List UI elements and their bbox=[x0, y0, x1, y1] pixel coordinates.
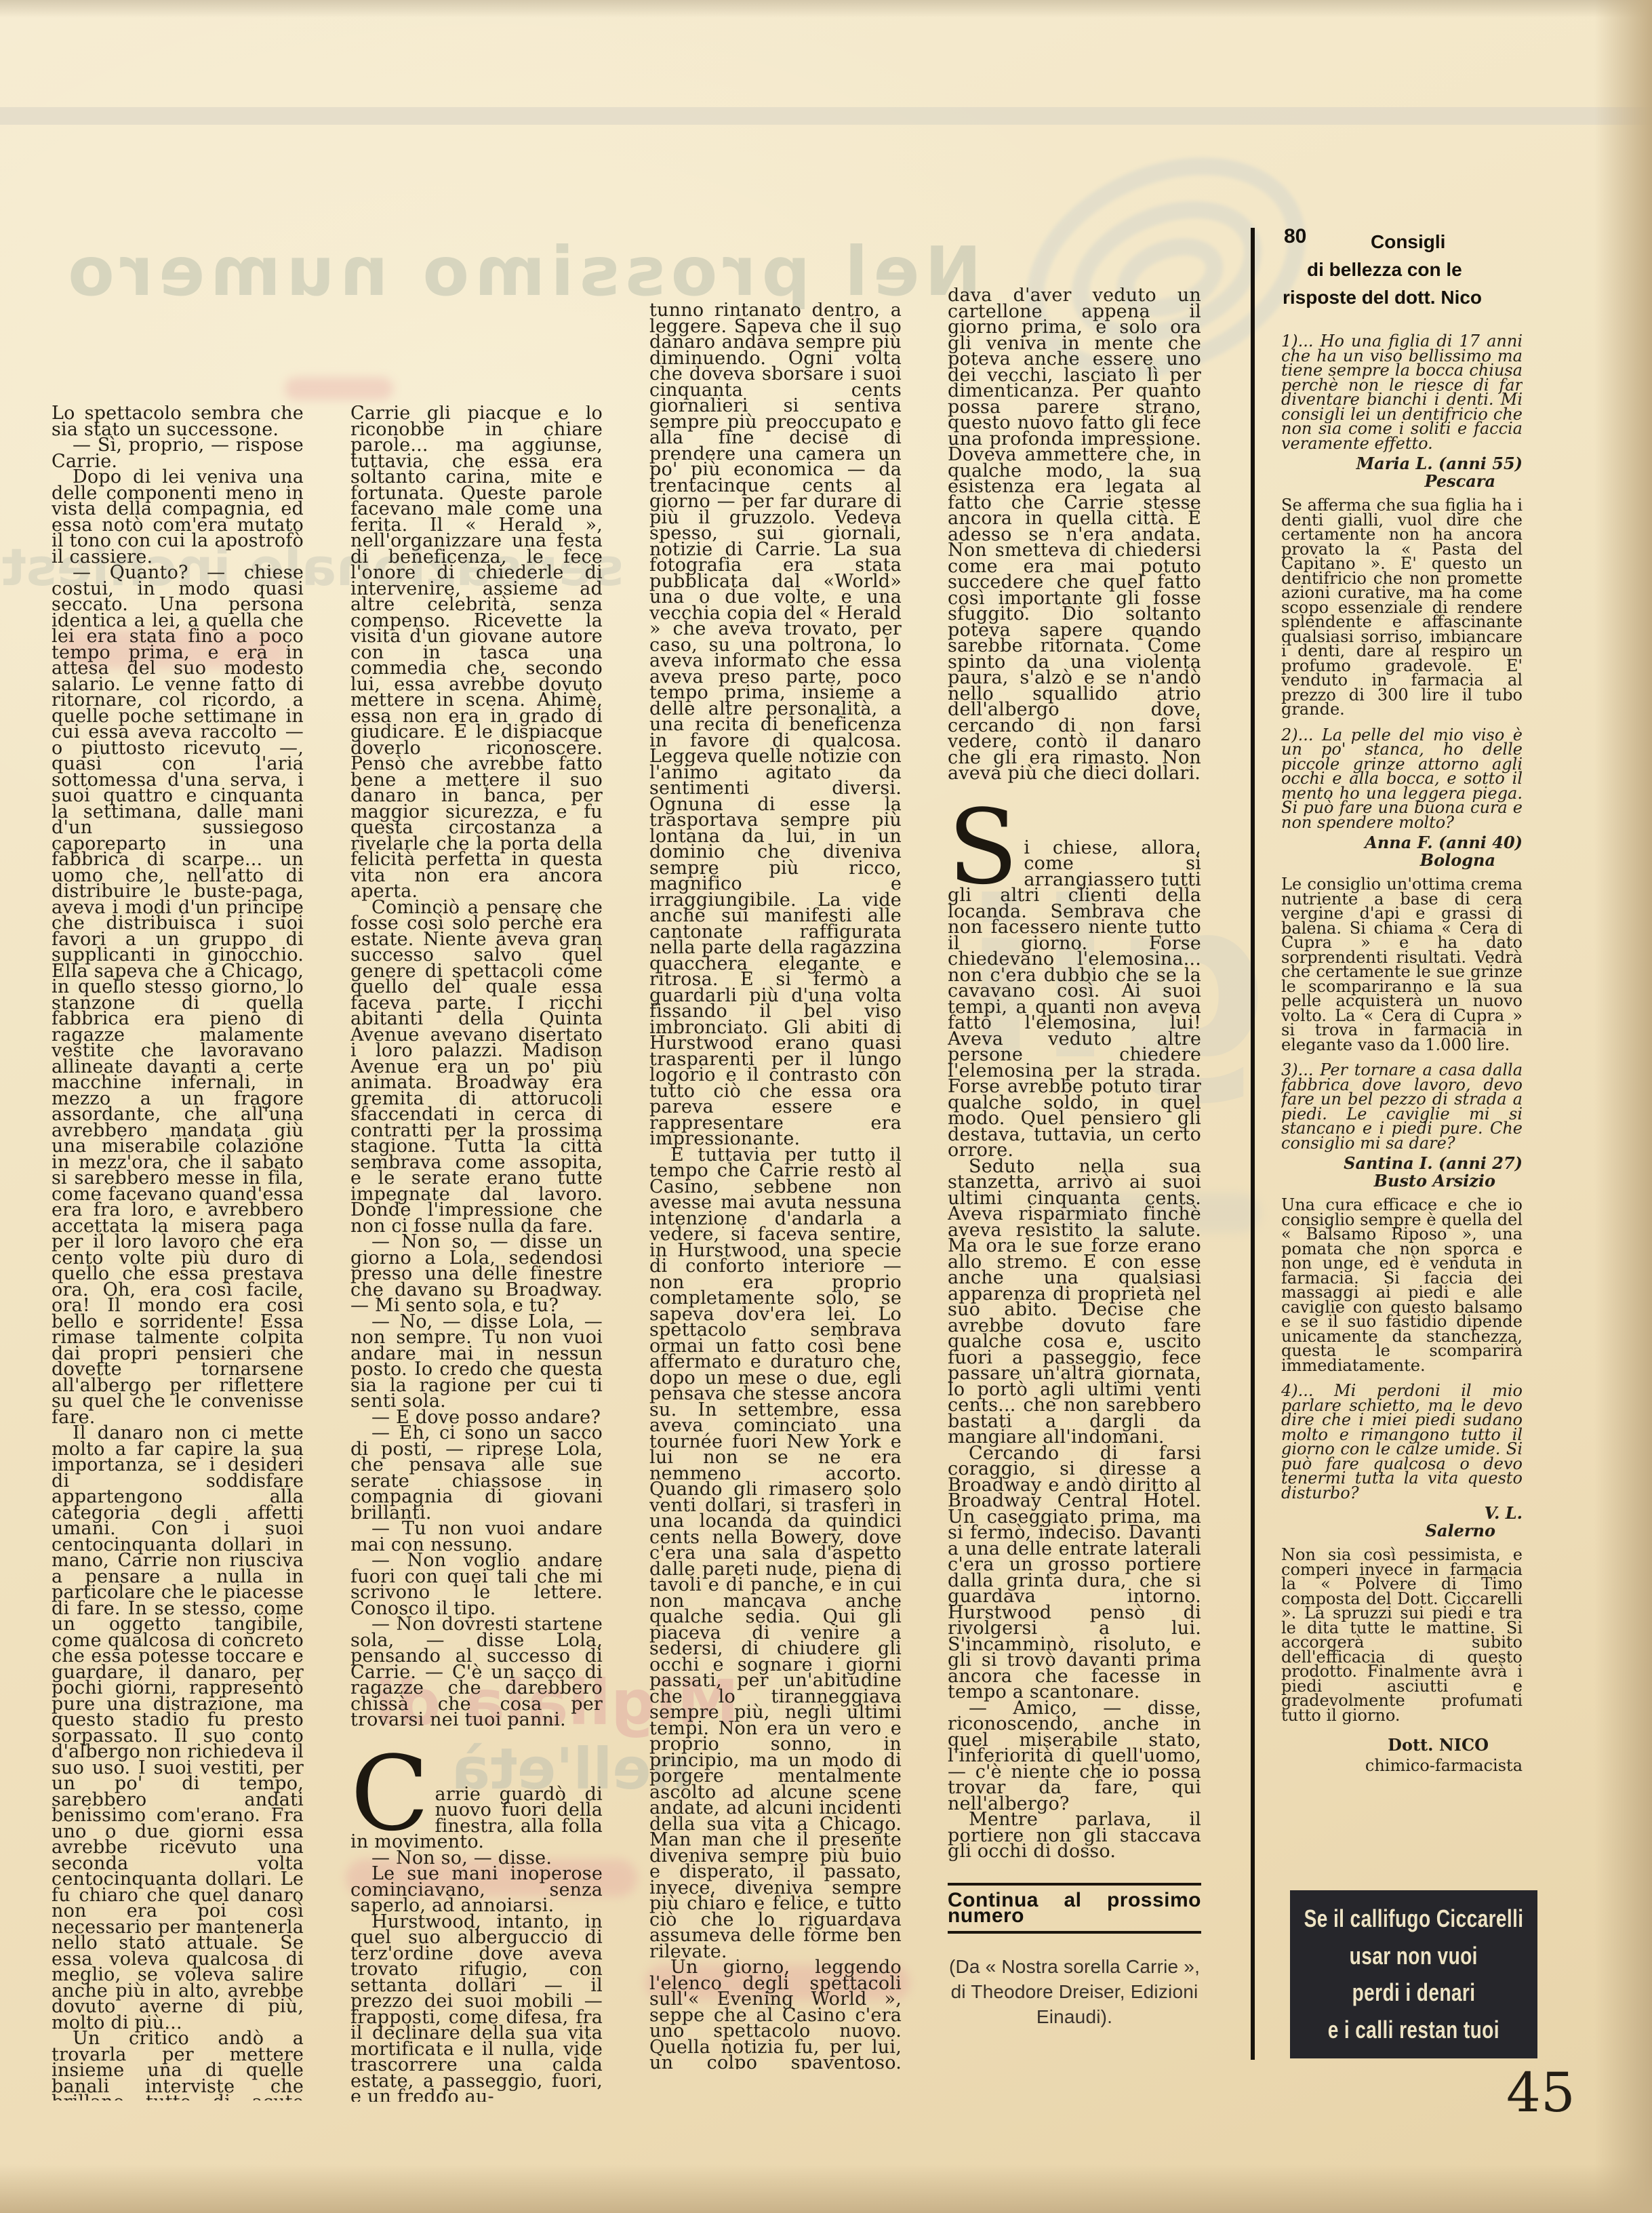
novel-paragraph: Le sue mani inoperose cominciavano, senz… bbox=[350, 1866, 603, 1914]
novel-column-4-flow: dava d'aver veduto un cartellone appena … bbox=[948, 287, 1201, 1860]
novel-paragraph: Cercando di farsi coraggio, si diresse a… bbox=[948, 1446, 1201, 1700]
scan-edge-bottom bbox=[0, 2164, 1652, 2213]
advice-title: Consigli di bellezza con le risposte del… bbox=[1281, 228, 1523, 311]
advice-author-title: chimico-farmacista bbox=[1281, 1755, 1523, 1776]
novel-paragraph: — No, — disse Lola, — non sempre. Tu non… bbox=[350, 1314, 603, 1410]
advice-items: 1)... Ho una figlia di 17 anni che ha un… bbox=[1281, 334, 1523, 1723]
novel-column-2: Carrie gli piacque e lo riconobbe in chi… bbox=[350, 405, 603, 2102]
novel-paragraph: Carrie guardò di nuovo fuori della fines… bbox=[350, 1787, 603, 1850]
drop-cap: C bbox=[350, 1757, 435, 1831]
novel-column-1: Lo spettacolo sembra che sia stato un su… bbox=[52, 405, 304, 2100]
advice-item: 3)... Per tornare a casa dalla fabbrica … bbox=[1281, 1063, 1523, 1373]
novel-paragraph: — Non dovresti startene sola, — disse Lo… bbox=[350, 1616, 603, 1728]
novel-column-4: dava d'aver veduto un cartellone appena … bbox=[948, 287, 1201, 2199]
novel-paragraph: — Amico, — disse, riconoscendo, anche in… bbox=[948, 1700, 1201, 1812]
ghost-pink-bar bbox=[285, 377, 393, 400]
advice-title-line: di bellezza con le bbox=[1281, 256, 1523, 283]
magazine-page: Nel prossimo numero sensazionale inchies… bbox=[0, 0, 1652, 2213]
novel-paragraph: Lo spettacolo sembra che sia stato un su… bbox=[52, 405, 304, 437]
ad-line: perdi i denari bbox=[1352, 1978, 1476, 2007]
novel-paragraph: — Quanto? — chiese costui, in modo quasi… bbox=[52, 565, 304, 1425]
novel-paragraph: Un giorno, leggendo l'elenco degli spett… bbox=[649, 1959, 902, 2069]
advice-answer: Una cura efficace e che io consiglio sem… bbox=[1281, 1198, 1523, 1373]
callifugo-ciccarelli-ad: Se il callifugo Ciccarelli usar non vuoi… bbox=[1290, 1890, 1537, 2058]
advice-signature: V. L.Salerno bbox=[1281, 1504, 1523, 1540]
advice-signature: Santina I. (anni 27)Busto Arsizio bbox=[1281, 1155, 1523, 1190]
advice-answer: Se afferma che sua figlia ha i denti gia… bbox=[1281, 498, 1523, 717]
advice-question: 3)... Per tornare a casa dalla fabbrica … bbox=[1281, 1063, 1523, 1151]
novel-paragraph: Carrie gli piacque e lo riconobbe in chi… bbox=[350, 405, 603, 900]
novel-paragraph: — Tu non vuoi andare mai con nessuno. bbox=[350, 1521, 603, 1553]
novel-paragraph: E tuttavia per tutto il tempo che Carrie… bbox=[649, 1147, 902, 1960]
advice-item: 1)... Ho una figlia di 17 anni che ha un… bbox=[1281, 334, 1523, 717]
novel-paragraph: — Non voglio andare fuori con quei tali … bbox=[350, 1553, 603, 1616]
advice-question: 1)... Ho una figlia di 17 anni che ha un… bbox=[1281, 334, 1523, 451]
novel-paragraph: Cominciò a pensare che fosse così solo p… bbox=[350, 900, 603, 1235]
source-note: (Da « Nostra sorella Carrie », di Theodo… bbox=[948, 1954, 1201, 2029]
novel-paragraph: Il danaro non ci mette molto a far capir… bbox=[52, 1425, 304, 2031]
advice-item: 4)... Mi perdoni il mio parlare schietto… bbox=[1281, 1384, 1523, 1723]
novel-paragraph: — Eh, ci sono un sacco di posti, — ripre… bbox=[350, 1425, 603, 1521]
novel-paragraph: Un critico andò a trovarla per mettere i… bbox=[52, 2031, 304, 2100]
drop-cap: S bbox=[948, 810, 1024, 884]
advice-answer: Le consiglio un'ottima crema nutriente a… bbox=[1281, 877, 1523, 1052]
page-number: 45 bbox=[1506, 2061, 1575, 2124]
advice-signature: Maria L. (anni 55)Pescara bbox=[1281, 455, 1523, 490]
continua-label: Continua al prossimo numero bbox=[948, 1892, 1201, 1924]
novel-paragraph: Mentre parlava, il portiere non gli stac… bbox=[948, 1812, 1201, 1860]
advice-question: 4)... Mi perdoni il mio parlare schietto… bbox=[1281, 1384, 1523, 1500]
advice-item: 2)... La pelle del mio viso è un po' sta… bbox=[1281, 728, 1523, 1053]
advice-closing: Dott. NICO chimico-farmacista bbox=[1281, 1735, 1523, 1776]
ad-line: Se il callifugo Ciccarelli bbox=[1304, 1905, 1524, 1933]
advice-header: 80 Consigli di bellezza con le risposte … bbox=[1281, 228, 1523, 311]
novel-paragraph: Dopo di lei veniva una delle componenti … bbox=[52, 469, 304, 565]
column-divider-rule bbox=[1251, 228, 1255, 2060]
novel-paragraph: dava d'aver veduto un cartellone appena … bbox=[948, 287, 1201, 782]
advice-signature: Anna F. (anni 40)Bologna bbox=[1281, 834, 1523, 869]
advice-author: Dott. NICO bbox=[1281, 1735, 1523, 1755]
novel-paragraph: Seduto nella sua stanzetta, arrivò ai su… bbox=[948, 1159, 1201, 1446]
ad-line: usar non vuoi bbox=[1350, 1942, 1478, 1970]
novel-paragraph: Si chiese, allora, come si arrangiassero… bbox=[948, 840, 1201, 1159]
novel-paragraph: Hurstwood, intanto, in quel suo alberguc… bbox=[350, 1914, 603, 2102]
section-marker: 80 bbox=[1284, 229, 1306, 244]
advice-title-line: risposte del dott. Nico bbox=[1281, 283, 1523, 311]
advice-question: 2)... La pelle del mio viso è un po' sta… bbox=[1281, 728, 1523, 831]
scan-band-artifact bbox=[0, 107, 1652, 125]
ghost-verso-headline: Nel prossimo numero bbox=[41, 232, 1003, 311]
advice-answer: Non sia così pessimista, e comperi invec… bbox=[1281, 1548, 1523, 1723]
footer-rule-bottom bbox=[948, 1931, 1201, 1934]
novel-paragraph: tunno rintanato dentro, a leggere. Sapev… bbox=[649, 302, 902, 1147]
footer-rule-top bbox=[948, 1883, 1201, 1886]
scan-edge-top bbox=[0, 0, 1652, 18]
novel-paragraph: — Non so, — disse un giorno a Lola, sede… bbox=[350, 1234, 603, 1314]
advice-title-line: Consigli bbox=[1281, 228, 1523, 256]
ad-line: e i calli restan tuoi bbox=[1328, 2016, 1499, 2044]
novel-footer: Continua al prossimo numero (Da « Nostra… bbox=[948, 1883, 1201, 2029]
novel-column-3: tunno rintanato dentro, a leggere. Sapev… bbox=[649, 302, 902, 2069]
scan-edge-right bbox=[1594, 0, 1652, 2213]
novel-paragraph: — Sì, proprio, — rispose Carrie. bbox=[52, 437, 304, 469]
advice-column: 80 Consigli di bellezza con le risposte … bbox=[1281, 228, 1523, 1776]
